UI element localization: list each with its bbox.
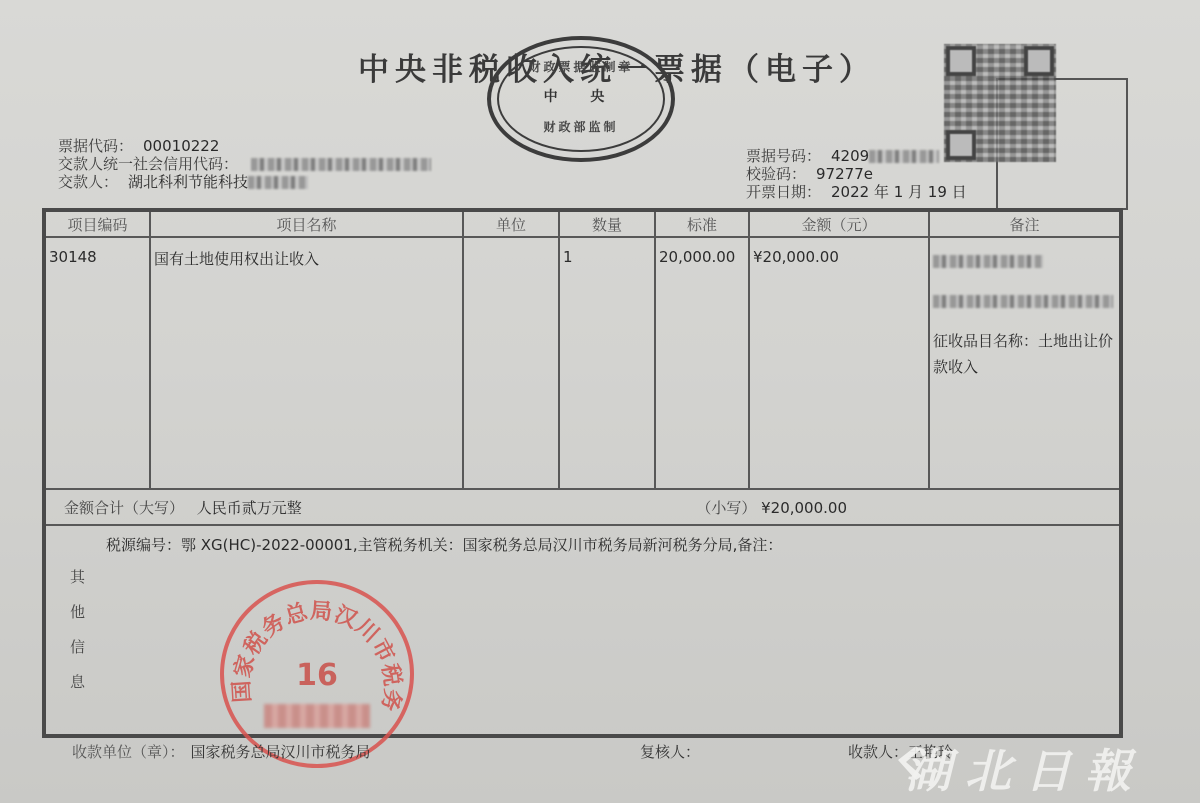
reviewer-row: 复核人： bbox=[640, 741, 700, 762]
bill-number-value: 4209 bbox=[831, 147, 869, 165]
seal-arc-text: 财政票据监制章 bbox=[491, 58, 671, 75]
collector-unit-row: 收款单位（章）：国家税务总局汉川市税务局 bbox=[72, 741, 371, 762]
seal-arc-text: 国家税务总局汉川市税务局 bbox=[224, 584, 406, 714]
table-row: 30148 国有土地使用权出让收入 1 20,000.00 ¥20,000.00… bbox=[44, 237, 1121, 489]
bill-code-row: 票据代码：00010222 bbox=[58, 138, 219, 155]
payer-value-redacted bbox=[248, 176, 308, 189]
other-info-text: 税源编号：鄂 XG(HC)-2022-00001,主管税务机关：国家税务总局汉川… bbox=[106, 534, 782, 555]
col-header-code: 项目编码 bbox=[44, 210, 150, 237]
item-name: 国有土地使用权出让收入 bbox=[150, 237, 463, 489]
ministry-seal: 财政票据监制章 中 央 财政部监制 bbox=[487, 36, 675, 162]
check-code-label: 校验码： bbox=[746, 165, 806, 183]
bill-code-label: 票据代码： bbox=[58, 137, 133, 155]
bill-number-row: 票据号码：4209 bbox=[746, 148, 939, 165]
svg-text:国家税务总局汉川市税务局: 国家税务总局汉川市税务局 bbox=[224, 584, 406, 714]
col-header-unit: 单位 bbox=[463, 210, 559, 237]
seal-serial-redacted bbox=[264, 704, 370, 728]
item-amount: ¥20,000.00 bbox=[749, 237, 929, 489]
col-header-standard: 标准 bbox=[655, 210, 749, 237]
seal-center-text: 中 央 bbox=[491, 86, 671, 106]
remark-tax-no-value bbox=[933, 288, 1116, 314]
col-header-remarks: 备注 bbox=[929, 210, 1121, 237]
credit-code-label: 交款人统一社会信用代码： bbox=[58, 155, 238, 173]
item-remarks: 征收品目名称：土地出让价款收入 bbox=[929, 237, 1121, 489]
table-header-row: 项目编码 项目名称 单位 数量 标准 金额（元） 备注 bbox=[44, 210, 1121, 237]
total-lowercase-value: ¥20,000.00 bbox=[761, 499, 847, 517]
col-header-quantity: 数量 bbox=[559, 210, 655, 237]
seal-bottom-text: 财政部监制 bbox=[491, 118, 671, 135]
check-code-value: 97277e bbox=[816, 165, 873, 183]
total-row: 金额合计（大写） 人民币贰万元整 （小写） ¥20,000.00 bbox=[44, 489, 1121, 525]
total-lowercase-label: （小写） bbox=[696, 499, 756, 517]
credit-code-row: 交款人统一社会信用代码： bbox=[58, 156, 431, 173]
tax-bureau-seal: 国家税务总局汉川市税务局 16 bbox=[220, 580, 414, 768]
item-standard: 20,000.00 bbox=[655, 237, 749, 489]
total-uppercase-label: 金额合计（大写） bbox=[64, 499, 184, 517]
collector-unit-value: 国家税务总局汉川市税务局 bbox=[191, 743, 371, 761]
issue-date-row: 开票日期：2022 年 1 月 19 日 bbox=[746, 184, 967, 201]
watermark-text: 湖北日報 bbox=[905, 735, 1145, 801]
col-header-amount: 金额（元） bbox=[749, 210, 929, 237]
qr-code-icon bbox=[944, 44, 1056, 162]
collector-unit-label: 收款单位（章）： bbox=[72, 743, 185, 761]
seal-number: 16 bbox=[224, 658, 410, 693]
other-info-row: 其他信息 税源编号：鄂 XG(HC)-2022-00001,主管税务机关：国家税… bbox=[44, 525, 1121, 736]
check-code-row: 校验码：97277e bbox=[746, 166, 873, 183]
remark-item-name: 征收品目名称：土地出让价款收入 bbox=[933, 328, 1116, 380]
item-unit bbox=[463, 237, 559, 489]
payer-label: 交款人： bbox=[58, 173, 118, 191]
other-info-label: 其他信息 bbox=[70, 560, 86, 700]
total-uppercase-value: 人民币贰万元整 bbox=[197, 499, 302, 517]
issue-date-label: 开票日期： bbox=[746, 183, 821, 201]
bill-number-label: 票据号码： bbox=[746, 147, 821, 165]
payer-row: 交款人：湖北科利节能科技 bbox=[58, 174, 308, 191]
credit-code-value-redacted bbox=[251, 158, 431, 171]
remark-tax-no-label bbox=[933, 248, 1116, 274]
bill-number-redacted bbox=[869, 150, 939, 163]
payer-value: 湖北科利节能科技 bbox=[128, 173, 248, 191]
reviewer-label: 复核人： bbox=[640, 743, 700, 761]
item-quantity: 1 bbox=[559, 237, 655, 489]
item-code: 30148 bbox=[44, 237, 150, 489]
issue-date-value: 2022 年 1 月 19 日 bbox=[831, 183, 967, 201]
col-header-name: 项目名称 bbox=[150, 210, 463, 237]
receipt-table: 项目编码 项目名称 单位 数量 标准 金额（元） 备注 30148 国有土地使用… bbox=[42, 208, 1123, 738]
bill-code-value: 00010222 bbox=[143, 137, 219, 155]
